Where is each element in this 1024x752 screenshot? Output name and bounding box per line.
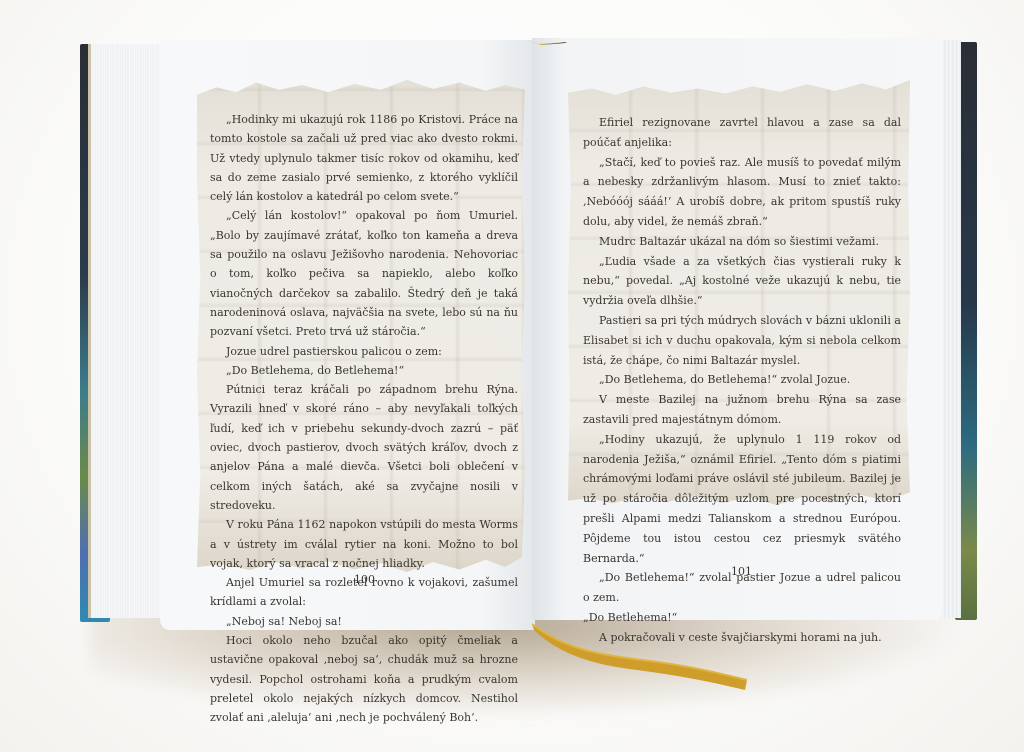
paragraph: „Neboj sa! Neboj sa! bbox=[210, 612, 518, 631]
bookmark-ribbon[interactable] bbox=[532, 622, 752, 692]
paragraph: V roku Pána 1162 napokon vstúpili do mes… bbox=[210, 515, 518, 573]
paragraph: Efiriel rezignovane zavrtel hlavou a zas… bbox=[583, 113, 901, 153]
paragraph: „Ľudia všade a za všetkých čias vystiera… bbox=[583, 252, 901, 311]
paragraph: „Hodiny ukazujú, že uplynulo 1 119 rokov… bbox=[583, 430, 901, 569]
paragraph: Jozue udrel pastierskou palicou o zem: bbox=[210, 342, 518, 361]
paragraph: Hoci okolo neho bzučal ako opitý čmeliak… bbox=[210, 631, 518, 727]
paragraph: Mudrc Baltazár ukázal na dóm so šiestimi… bbox=[583, 232, 901, 252]
paragraph: „Do Betlehema, do Betlehema!“ bbox=[210, 361, 518, 380]
left-page-text: „Hodinky mi ukazujú rok 1186 po Kristovi… bbox=[210, 110, 518, 728]
bookmark-ribbon-top bbox=[527, 38, 567, 46]
paragraph: „Do Betlehema, do Betlehema!“ zvolal Joz… bbox=[583, 370, 901, 390]
page-number-left: 100 bbox=[354, 573, 375, 586]
page-stack-left bbox=[88, 44, 171, 618]
paragraph: Pútnici teraz kráčali po západnom brehu … bbox=[210, 380, 518, 515]
paragraph: „Celý lán kostolov!“ opakoval po ňom Umu… bbox=[210, 206, 518, 341]
page-number-right: 101 bbox=[731, 565, 752, 578]
paragraph: V meste Bazilej na južnom brehu Rýna sa … bbox=[583, 390, 901, 430]
paragraph: Pastieri sa pri tých múdrych slovách v b… bbox=[583, 311, 901, 370]
paragraph: „Hodinky mi ukazujú rok 1186 po Kristovi… bbox=[210, 110, 518, 206]
paragraph: „Stačí, keď to povieš raz. Ale musíš to … bbox=[583, 153, 901, 232]
